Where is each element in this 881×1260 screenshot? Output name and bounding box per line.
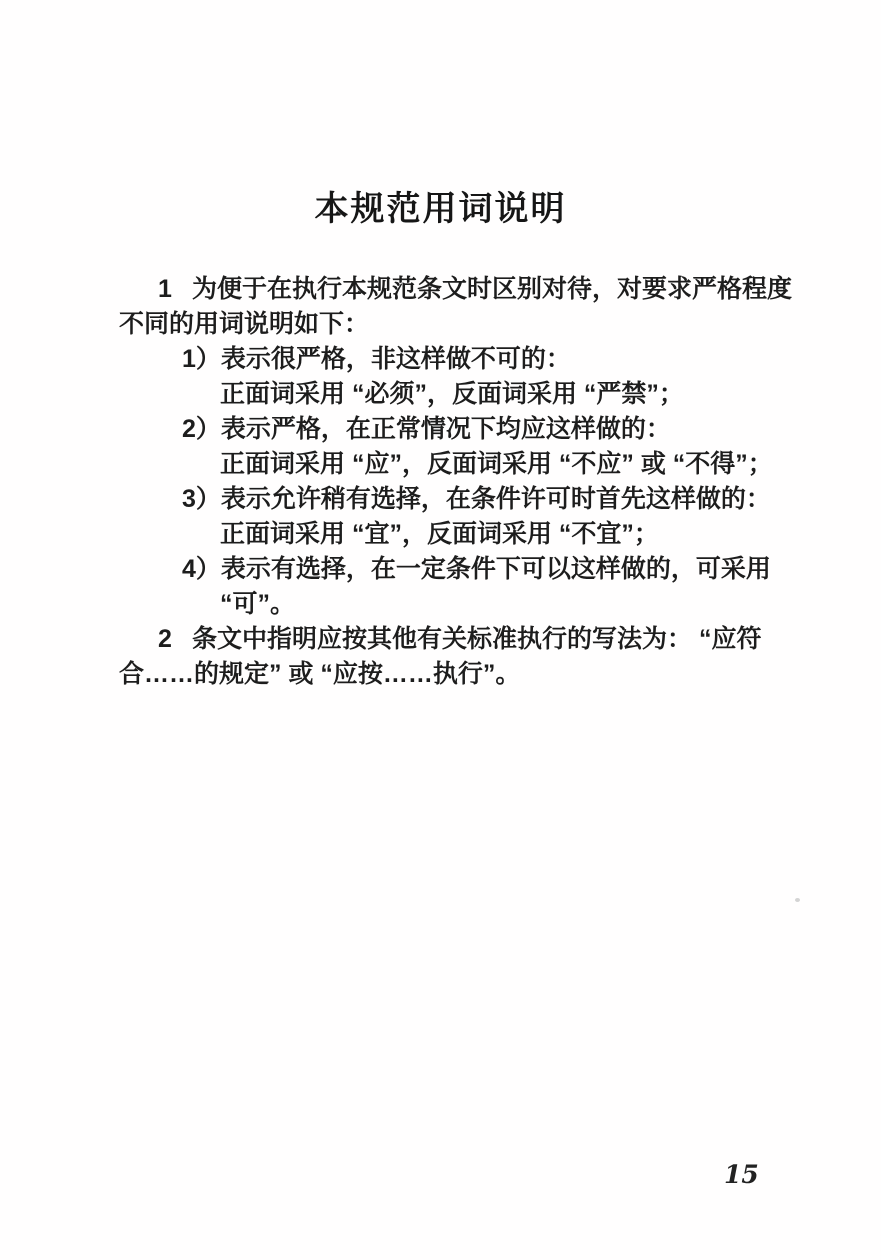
paragraph-1-line-1: 1为便于在执行本规范条文时区别对待，对要求严格程度: [158, 277, 792, 302]
page-title: 本规范用词说明: [0, 181, 881, 230]
list-item-2-number: 2）: [182, 417, 221, 442]
list-item-2-line-2: 正面词采用 “应”，反面词采用 “不应” 或 “不得”；: [220, 452, 773, 477]
list-item-3-line-2: 正面词采用 “宜”，反面词采用 “不宜”；: [220, 522, 659, 547]
paragraph-2-text: 条文中指明应按其他有关标准执行的写法为： “应符: [192, 625, 761, 653]
list-item-3-number: 3）: [182, 487, 221, 512]
list-item-1-text: 表示很严格，非这样做不可的：: [221, 345, 571, 373]
list-item-3-text: 表示允许稍有选择，在条件许可时首先这样做的：: [221, 485, 771, 513]
list-item-4-number: 4）: [182, 557, 221, 582]
list-item-2-text-continued: 正面词采用 “应”，反面词采用 “不应” 或 “不得”；: [220, 450, 773, 478]
paragraph-2-text-continued: 合……的规定” 或 “应按……执行”。: [119, 660, 520, 688]
list-item-2-text: 表示严格，在正常情况下均应这样做的：: [221, 415, 671, 443]
list-item-4-line-2: “可”。: [220, 592, 295, 617]
paragraph-1-text: 为便于在执行本规范条文时区别对待，对要求严格程度: [192, 275, 792, 303]
list-item-3-line-1: 3）表示允许稍有选择，在条件许可时首先这样做的：: [182, 487, 771, 512]
list-item-1-number: 1）: [182, 347, 221, 372]
list-item-4-text-continued: “可”。: [220, 590, 295, 618]
page-number: 15: [724, 1160, 759, 1189]
list-item-4-line-1: 4）表示有选择，在一定条件下可以这样做的，可采用: [182, 557, 771, 582]
paragraph-2-line-2: 合……的规定” 或 “应按……执行”。: [119, 662, 520, 687]
list-item-1-text-continued: 正面词采用 “必须”，反面词采用 “严禁”；: [220, 380, 684, 408]
list-item-4-text: 表示有选择，在一定条件下可以这样做的，可采用: [221, 555, 771, 583]
paragraph-1-line-2: 不同的用词说明如下：: [119, 312, 369, 337]
paragraph-2-number: 2: [158, 627, 192, 652]
paragraph-1-number: 1: [158, 277, 192, 302]
scanned-document-page: 本规范用词说明 1为便于在执行本规范条文时区别对待，对要求严格程度 不同的用词说…: [0, 0, 881, 1260]
list-item-2-line-1: 2）表示严格，在正常情况下均应这样做的：: [182, 417, 671, 442]
list-item-1-line-2: 正面词采用 “必须”，反面词采用 “严禁”；: [220, 382, 684, 407]
list-item-3-text-continued: 正面词采用 “宜”，反面词采用 “不宜”；: [220, 520, 659, 548]
paragraph-1-text-continued: 不同的用词说明如下：: [119, 310, 369, 338]
list-item-1-line-1: 1）表示很严格，非这样做不可的：: [182, 347, 571, 372]
scan-artifact-speck: [795, 898, 800, 902]
paragraph-2-line-1: 2条文中指明应按其他有关标准执行的写法为： “应符: [158, 627, 761, 652]
